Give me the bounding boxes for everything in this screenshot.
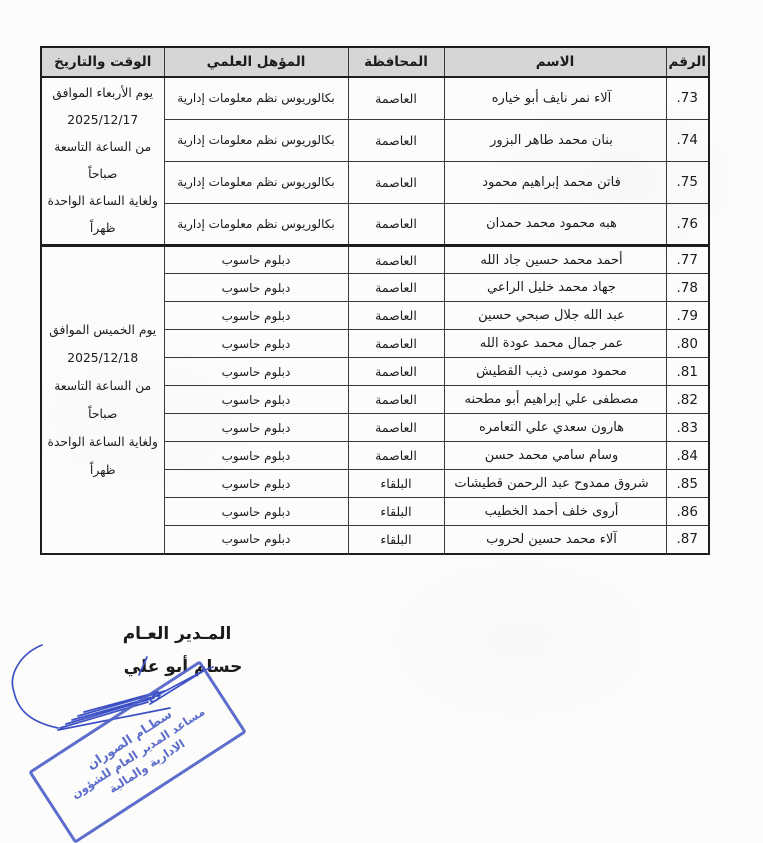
schedule-table: الرقم الاسم المحافظة المؤهل العلمي الوقت… xyxy=(40,46,710,555)
row-number: 82. xyxy=(666,386,709,414)
cell-qualification: دبلوم حاسوب xyxy=(164,386,348,414)
row-number: 83. xyxy=(666,414,709,442)
cell-qualification: دبلوم حاسوب xyxy=(164,330,348,358)
header-row: الرقم الاسم المحافظة المؤهل العلمي الوقت… xyxy=(41,47,709,77)
cell-name: عبد الله جلال صبحي حسين xyxy=(444,302,666,330)
row-number: 80. xyxy=(666,330,709,358)
row-number: 85. xyxy=(666,470,709,498)
row-number: 87. xyxy=(666,526,709,554)
header-governorate: المحافظة xyxy=(348,47,444,77)
signature-slash xyxy=(139,657,147,675)
cell-governorate: البلقاء xyxy=(348,526,444,554)
cell-name: محمود موسى ذيب القطيش xyxy=(444,358,666,386)
cell-governorate: العاصمة xyxy=(348,203,444,245)
row-number: 84. xyxy=(666,442,709,470)
cell-governorate: العاصمة xyxy=(348,414,444,442)
row-number: 74. xyxy=(666,119,709,161)
cell-governorate: البلقاء xyxy=(348,470,444,498)
cell-governorate: العاصمة xyxy=(348,119,444,161)
cell-schedule-group1: يوم الأربعاء الموافق 2025/12/17 من الساع… xyxy=(41,77,164,246)
cell-name: بنان محمد طاهر البزور xyxy=(444,119,666,161)
row-number: 77. xyxy=(666,246,709,274)
cell-name: أحمد محمد حسين جاد الله xyxy=(444,246,666,274)
schedule-line: من الساعة التاسعة xyxy=(43,372,163,400)
cell-name: هارون سعدي علي التعامره xyxy=(444,414,666,442)
cell-governorate: العاصمة xyxy=(348,274,444,302)
cell-name: وسام سامي محمد حسن xyxy=(444,442,666,470)
cell-qualification: دبلوم حاسوب xyxy=(164,358,348,386)
cell-governorate: العاصمة xyxy=(348,442,444,470)
header-number: الرقم xyxy=(666,47,709,77)
cell-name: هبه محمود محمد حمدان xyxy=(444,203,666,245)
schedule-line: 2025/12/17 xyxy=(43,107,163,134)
cell-qualification: دبلوم حاسوب xyxy=(164,498,348,526)
row-number: 81. xyxy=(666,358,709,386)
cell-governorate: العاصمة xyxy=(348,330,444,358)
cell-qualification: بكالوريوس نظم معلومات إدارية xyxy=(164,203,348,245)
schedule-line: ظهراً xyxy=(43,456,163,484)
schedule-line: من الساعة التاسعة xyxy=(43,134,163,161)
document-page: الرقم الاسم المحافظة المؤهل العلمي الوقت… xyxy=(0,0,763,843)
signature-curve xyxy=(12,645,58,728)
cell-name: فاتن محمد إبراهيم محمود xyxy=(444,161,666,203)
schedule-line: ولغاية الساعة الواحدة xyxy=(43,428,163,456)
row-number: 73. xyxy=(666,77,709,119)
cell-qualification: دبلوم حاسوب xyxy=(164,302,348,330)
header-name: الاسم xyxy=(444,47,666,77)
cell-name: جهاد محمد خليل الراعي xyxy=(444,274,666,302)
cell-governorate: العاصمة xyxy=(348,386,444,414)
schedule-line: ظهراً xyxy=(43,215,163,242)
schedule-line: يوم الخميس الموافق xyxy=(43,316,163,344)
row-number: 86. xyxy=(666,498,709,526)
row-number: 78. xyxy=(666,274,709,302)
cell-qualification: بكالوريوس نظم معلومات إدارية xyxy=(164,119,348,161)
cell-governorate: العاصمة xyxy=(348,246,444,274)
table-row: 73. آلاء نمر نايف أبو خياره العاصمة بكال… xyxy=(41,77,709,119)
row-number: 76. xyxy=(666,203,709,245)
cell-qualification: دبلوم حاسوب xyxy=(164,526,348,554)
schedule-line: صباحاً xyxy=(43,161,163,188)
header-datetime: الوقت والتاريخ xyxy=(41,47,164,77)
schedule-line: يوم الأربعاء الموافق xyxy=(43,80,163,107)
schedule-line: ولغاية الساعة الواحدة xyxy=(43,188,163,215)
cell-name: عمر جمال محمد عودة الله xyxy=(444,330,666,358)
cell-name: أروى خلف أحمد الخطيب xyxy=(444,498,666,526)
cell-qualification: بكالوريوس نظم معلومات إدارية xyxy=(164,161,348,203)
header-qualification: المؤهل العلمي xyxy=(164,47,348,77)
row-number: 79. xyxy=(666,302,709,330)
cell-schedule-group2: يوم الخميس الموافق 2025/12/18 من الساعة … xyxy=(41,246,164,554)
cell-qualification: دبلوم حاسوب xyxy=(164,274,348,302)
cell-name: شروق ممدوح عبد الرحمن قطيشات xyxy=(444,470,666,498)
cell-name: مصطفى علي إبراهيم أبو مطحنه xyxy=(444,386,666,414)
cell-governorate: البلقاء xyxy=(348,498,444,526)
schedule-line: 2025/12/18 xyxy=(43,344,163,372)
cell-qualification: دبلوم حاسوب xyxy=(164,470,348,498)
cell-qualification: دبلوم حاسوب xyxy=(164,414,348,442)
row-number: 75. xyxy=(666,161,709,203)
cell-qualification: دبلوم حاسوب xyxy=(164,246,348,274)
cell-qualification: بكالوريوس نظم معلومات إدارية xyxy=(164,77,348,119)
schedule-line: صباحاً xyxy=(43,400,163,428)
cell-qualification: دبلوم حاسوب xyxy=(164,442,348,470)
cell-governorate: العاصمة xyxy=(348,302,444,330)
cell-governorate: العاصمة xyxy=(348,358,444,386)
cell-governorate: العاصمة xyxy=(348,77,444,119)
cell-name: آلاء نمر نايف أبو خياره xyxy=(444,77,666,119)
table-row: 77. أحمد محمد حسين جاد الله العاصمة دبلو… xyxy=(41,246,709,274)
cell-governorate: العاصمة xyxy=(348,161,444,203)
cell-name: آلاء محمد حسين لحروب xyxy=(444,526,666,554)
